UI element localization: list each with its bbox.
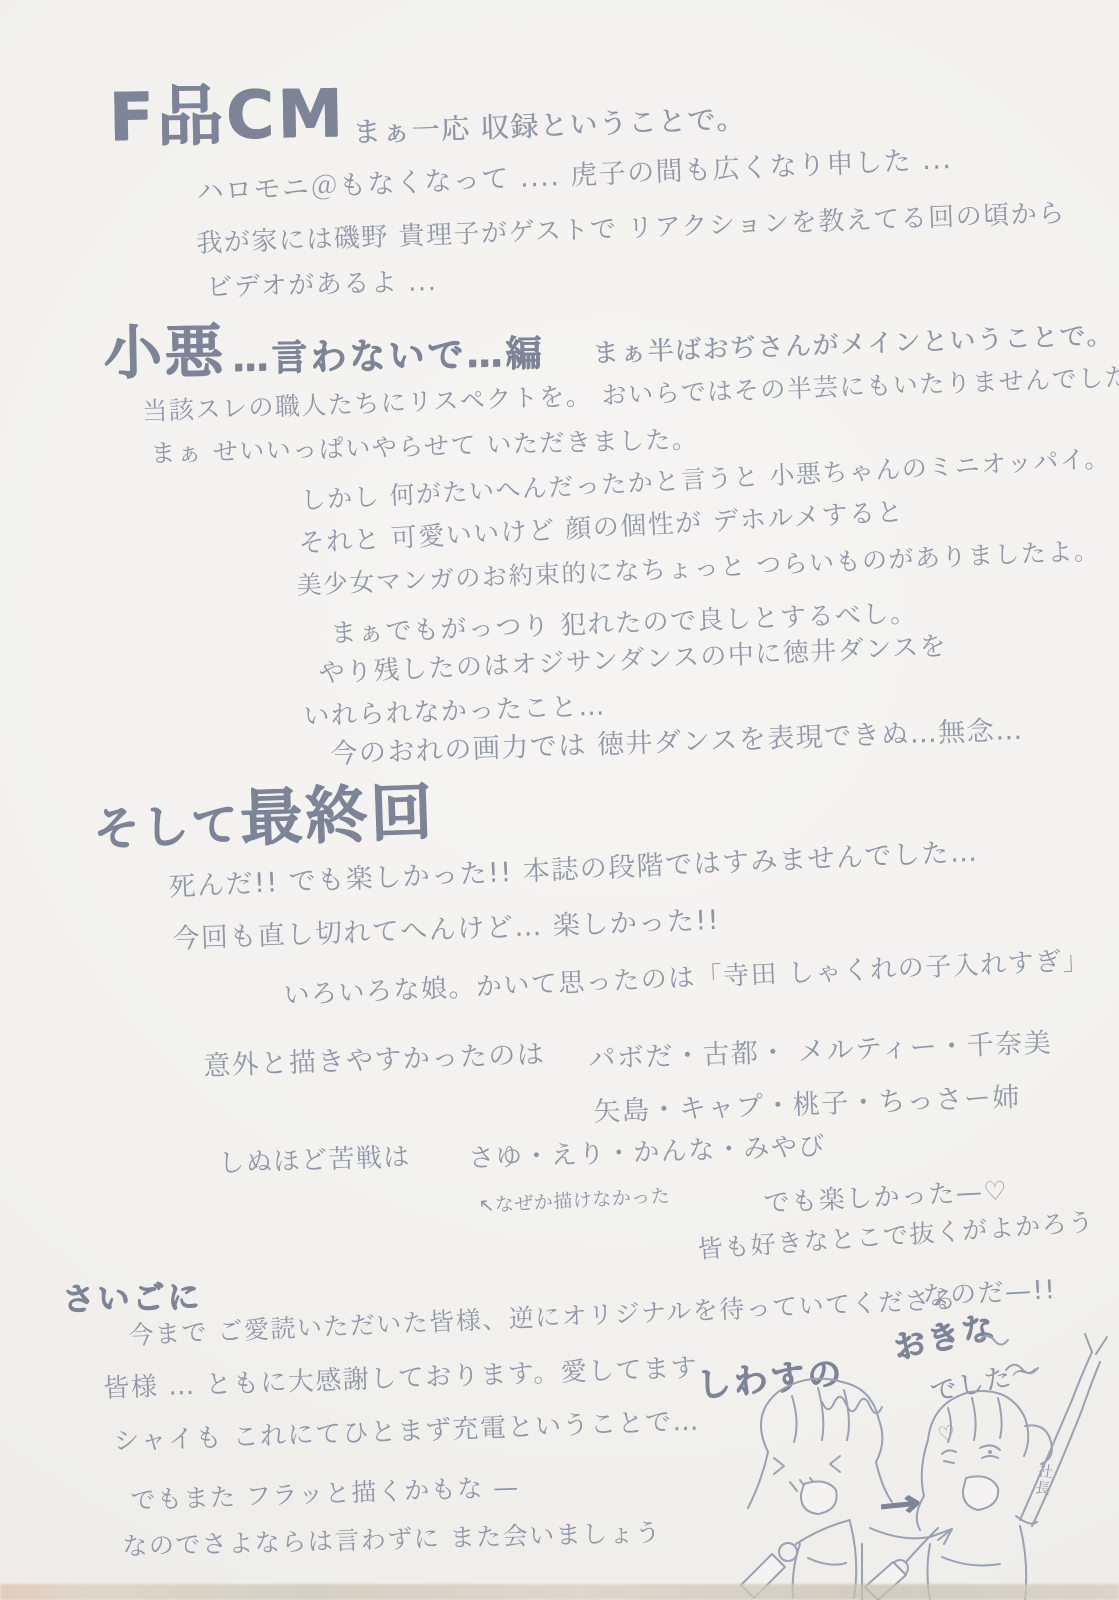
final-title-main: 最終回	[239, 775, 436, 855]
signature-squiggle-icon	[822, 1336, 1038, 1414]
section-title-fcm: F品CM	[108, 78, 346, 155]
saigoni-line-4: でもまた フラッと描くかもな —	[130, 1473, 520, 1514]
fcm-line-2: 我が家には磯野 貴理子がゲストで リアクションを教えてる回の頃から	[196, 200, 1066, 259]
sketch-girl-right	[865, 1334, 1107, 1600]
scan-bottom-edge	[0, 1584, 1119, 1600]
final-advice-line: 皆も好きなとこで抜くがよかろう	[697, 1208, 1095, 1263]
final-line-3: いろいろな娘。かいて思ったのは「寺田 しゃくれの子入れすぎ」	[283, 947, 1091, 1011]
final-easy-label: 意外と描きやすかったのは	[203, 1040, 546, 1082]
section-title-saigoni: さいごに	[62, 1280, 203, 1318]
section-title-koakuma: 小悪 …言わないで…編	[103, 314, 545, 385]
saigoni-line-5: なのでさよならは言わずに また会いましょう	[122, 1519, 662, 1561]
fcm-line-3: ビデオがあるよ ...	[206, 268, 438, 303]
fcm-note: まぁ一応 収録ということで。	[352, 104, 746, 149]
fcm-line-1: ハロモニ＠もなくなって .... 虎子の間も広くなり申した ...	[196, 145, 953, 208]
farewell-sketch	[680, 1330, 1119, 1600]
final-hard-row: さゆ・えり・かんな・みやび	[468, 1133, 826, 1174]
koakuma-line-8: いれられなかったこと…	[303, 692, 606, 731]
koakuma-line-2: まぁ せいいっぱいやらせて いただきました。	[150, 426, 699, 468]
koakuma-title-sub: …言わないで…編	[232, 333, 545, 379]
section-title-final: そして最終回	[92, 778, 436, 858]
sketch-girl-left	[741, 1379, 952, 1600]
saigoni-line-3: シャイも これにてひとまず充電ということで…	[113, 1408, 700, 1457]
final-hard-note: ↖なぜか描けなかった	[478, 1186, 671, 1217]
koakuma-note: まぁ半ばおぢさんがメインということで。	[592, 322, 1114, 369]
final-line-2: 今回も直し切れてへんけど… 楽しかった!!	[172, 906, 720, 955]
scanned-afterword-page: F品CM まぁ一応 収録ということで。 ハロモニ＠もなくなって .... 虎子の…	[0, 0, 1119, 1600]
saigoni-line-2: 皆様 … ともに大感謝しております。愛してます	[103, 1354, 699, 1403]
final-easy-row-2: 矢島・キャプ・桃子・ちっさー姉	[593, 1083, 1021, 1128]
final-hard-label: しぬほど苦戦は	[218, 1143, 411, 1178]
koakuma-title-main: 小悪	[103, 317, 226, 387]
final-fun-line: でも楽しかった—♡	[763, 1177, 1009, 1218]
final-easy-row-1: パボだ・古都・ メルティー・千奈美	[588, 1029, 1053, 1075]
final-title-prefix: そして	[92, 797, 241, 856]
